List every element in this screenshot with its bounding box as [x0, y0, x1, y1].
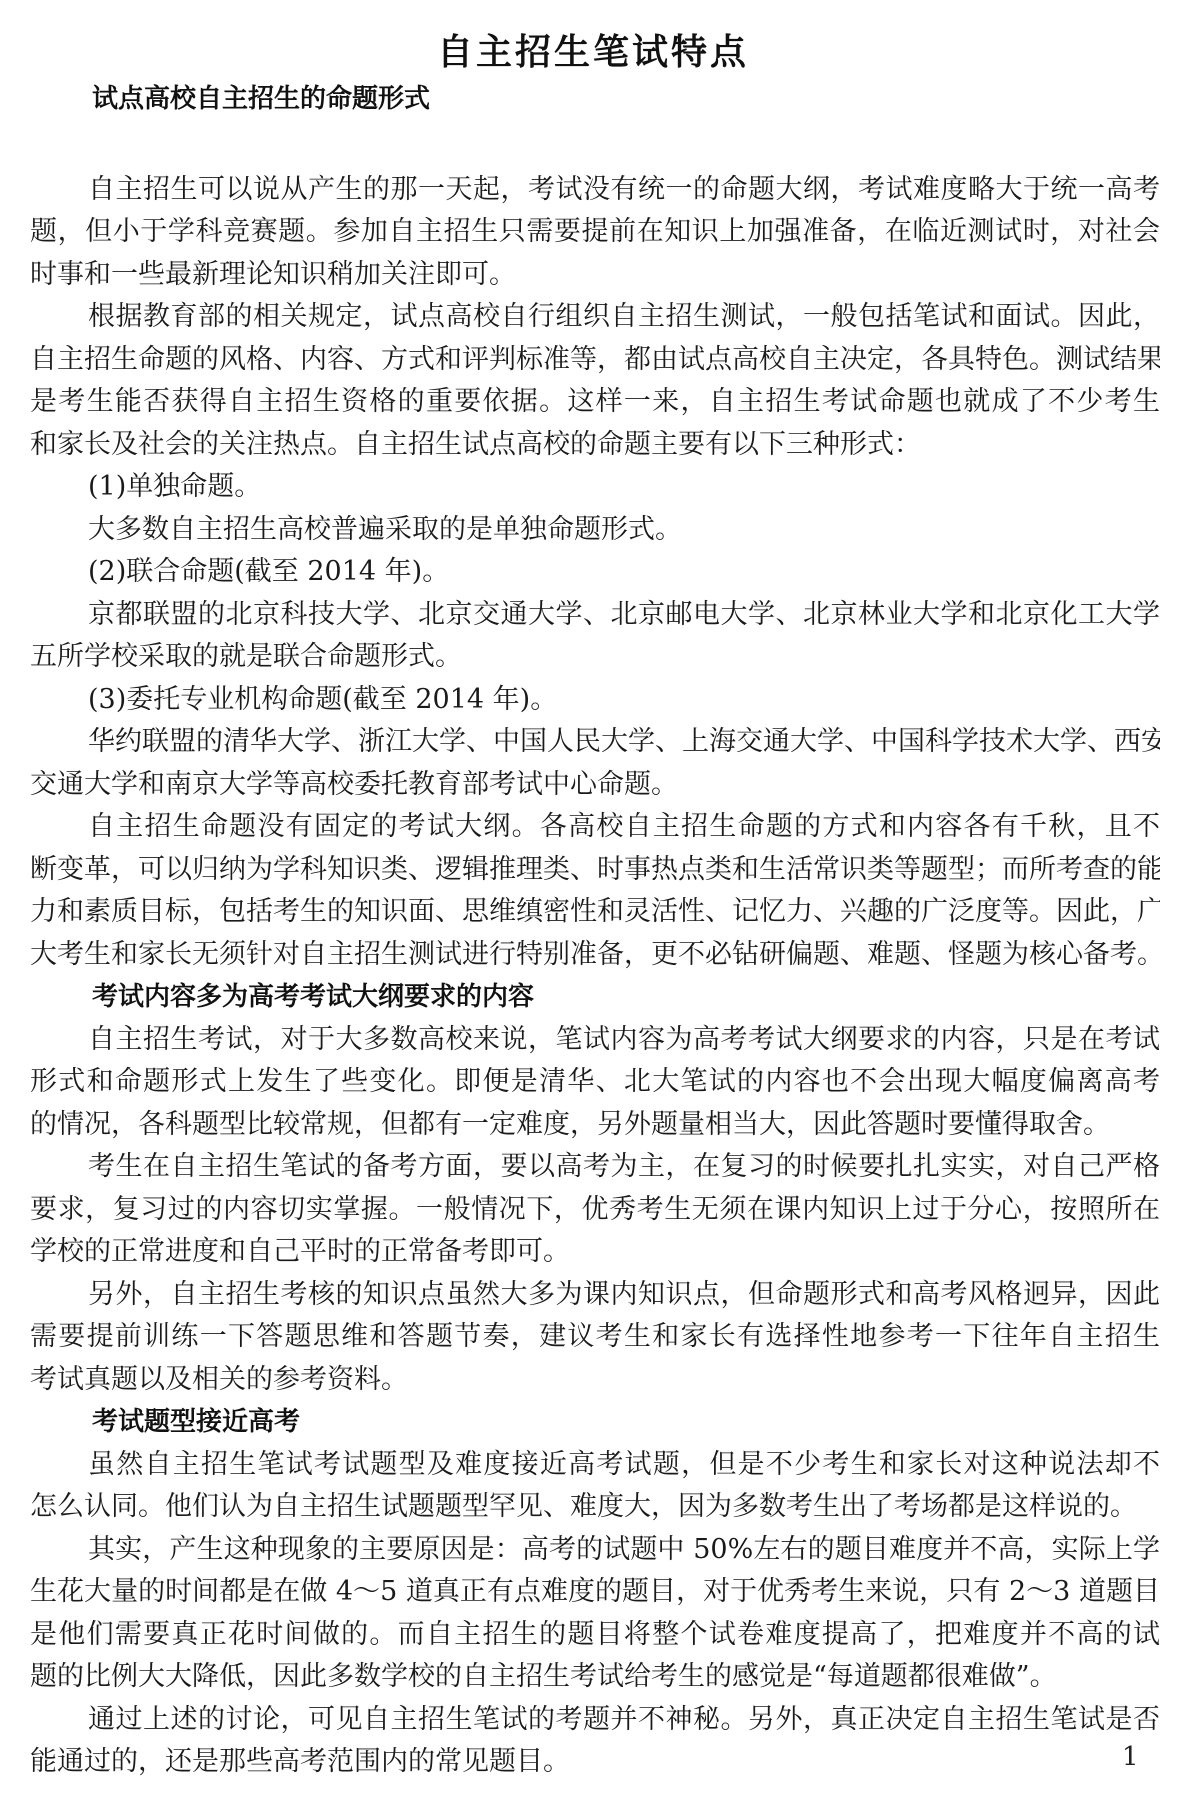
paragraph-line: 虽然自主招生笔试考试题型及难度接近高考试题，但是不少考生和家长对这种说法却不	[30, 1444, 1160, 1486]
paragraph-line: (1)单独命题。	[30, 466, 1160, 508]
paragraph-line: 考生在自主招生笔试的备考方面，要以高考为主，在复习的时候要扎扎实实，对自己严格	[30, 1146, 1160, 1188]
paragraph-line: 自主招生命题的风格、内容、方式和评判标准等，都由试点高校自主决定，各具特色。测试…	[30, 339, 1160, 381]
paragraph-line: 华约联盟的清华大学、浙江大学、中国人民大学、上海交通大学、中国科学技术大学、西安	[30, 721, 1160, 763]
paragraph-line: 根据教育部的相关规定，试点高校自行组织自主招生测试，一般包括笔试和面试。因此，	[30, 296, 1160, 338]
section-heading: 考试题型接近高考	[30, 1401, 1160, 1443]
paragraph-line: 京都联盟的北京科技大学、北京交通大学、北京邮电大学、北京林业大学和北京化工大学	[30, 594, 1160, 636]
paragraph-line: 是他们需要真正花时间做的。而自主招生的题目将整个试卷难度提高了，把难度并不高的试	[30, 1614, 1160, 1656]
paragraph-line: 学校的正常进度和自己平时的正常备考即可。	[30, 1231, 1160, 1273]
paragraph-line: 要求，复习过的内容切实掌握。一般情况下，优秀考生无须在课内知识上过于分心，按照所…	[30, 1189, 1160, 1231]
paragraph-line: 和家长及社会的关注热点。自主招生试点高校的命题主要有以下三种形式：	[30, 424, 1160, 466]
paragraph-line: 考试真题以及相关的参考资料。	[30, 1359, 1160, 1401]
paragraph-line: 大多数自主招生高校普遍采取的是单独命题形式。	[30, 509, 1160, 551]
paragraph-line: 的情况，各科题型比较常规，但都有一定难度，另外题量相当大，因此答题时要懂得取舍。	[30, 1104, 1160, 1146]
paragraph-line: 题，但小于学科竞赛题。参加自主招生只需要提前在知识上加强准备，在临近测试时，对社…	[30, 211, 1160, 253]
paragraph-line: 力和素质目标，包括考生的知识面、思维缜密性和灵活性、记忆力、兴趣的广泛度等。因此…	[30, 891, 1160, 933]
section-heading: 试点高校自主招生的命题形式	[30, 78, 1160, 120]
paragraph-line: 怎么认同。他们认为自主招生试题题型罕见、难度大，因为多数考生出了考场都是这样说的…	[30, 1486, 1160, 1528]
paragraph-line: 大考生和家长无须针对自主招生测试进行特别准备，更不必钻研偏题、难题、怪题为核心备…	[30, 934, 1160, 976]
paragraph-line: 题的比例大大降低，因此多数学校的自主招生考试给考生的感觉是“每道题都很难做”。	[30, 1656, 1160, 1698]
paragraph-line: 其实，产生这种现象的主要原因是：高考的试题中 50%左右的题目难度并不高，实际上…	[30, 1529, 1160, 1571]
section-heading: 考试内容多为高考考试大纲要求的内容	[30, 976, 1160, 1018]
paragraph-line: 时事和一些最新理论知识稍加关注即可。	[30, 254, 1160, 296]
paragraph-line: 生花大量的时间都是在做 4～5 道真正有点难度的题目，对于优秀考生来说，只有 2…	[30, 1571, 1160, 1613]
paragraph-line: 自主招生命题没有固定的考试大纲。各高校自主招生命题的方式和内容各有千秋，且不	[30, 806, 1160, 848]
paragraph-line: 自主招生考试，对于大多数高校来说，笔试内容为高考考试大纲要求的内容，只是在考试	[30, 1019, 1160, 1061]
paragraph-line: 通过上述的讨论，可见自主招生笔试的考题并不神秘。另外，真正决定自主招生笔试是否	[30, 1699, 1160, 1741]
paragraph-line: 另外，自主招生考核的知识点虽然大多为课内知识点，但命题形式和高考风格迥异，因此	[30, 1274, 1160, 1316]
paragraph-line: 五所学校采取的就是联合命题形式。	[30, 636, 1160, 678]
paragraph-line: 断变革，可以归纳为学科知识类、逻辑推理类、时事热点类和生活常识类等题型；而所考查…	[30, 849, 1160, 891]
document-page: 自主招生笔试特点 试点高校自主招生的命题形式自主招生可以说从产生的那一天起，考试…	[0, 0, 1186, 1800]
paragraph-line: (3)委托专业机构命题(截至 2014 年)。	[30, 679, 1160, 721]
paragraph-line: 能通过的，还是那些高考范围内的常见题目。	[30, 1741, 1160, 1783]
paragraph-line: 自主招生可以说从产生的那一天起，考试没有统一的命题大纲，考试难度略大于统一高考	[30, 169, 1160, 211]
paragraph-line: (2)联合命题(截至 2014 年)。	[30, 551, 1160, 593]
page-title: 自主招生笔试特点	[0, 24, 1186, 75]
paragraph-line: 是考生能否获得自主招生资格的重要依据。这样一来，自主招生考试命题也就成了不少考生	[30, 381, 1160, 423]
paragraph-line: 交通大学和南京大学等高校委托教育部考试中心命题。	[30, 764, 1160, 806]
paragraph-line: 需要提前训练一下答题思维和答题节奏，建议考生和家长有选择性地参考一下往年自主招生	[30, 1316, 1160, 1358]
paragraph-line: 形式和命题形式上发生了些变化。即便是清华、北大笔试的内容也不会出现大幅度偏离高考	[30, 1061, 1160, 1103]
page-number: 1	[1122, 1742, 1139, 1772]
